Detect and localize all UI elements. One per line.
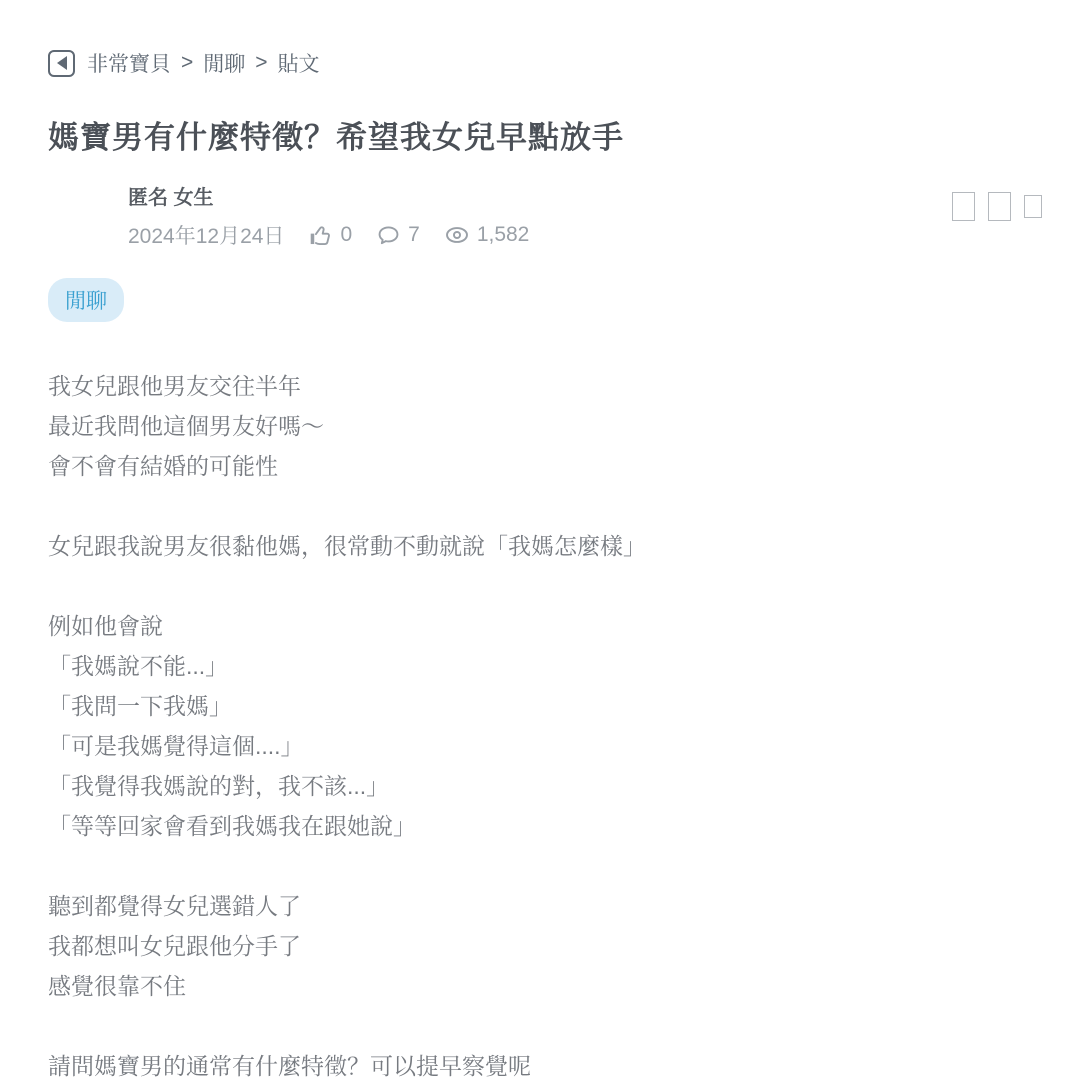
post-line: 女兒跟我說男友很黏他媽，很常動不動就說「我媽怎麼樣」 [48, 526, 1032, 566]
comment-icon [376, 223, 401, 248]
post-meta: 2024年12月24日 0 7 1,582 [128, 220, 1032, 250]
category-tag[interactable]: 閒聊 [48, 278, 124, 322]
post-paragraph: 我女兒跟他男友交往半年最近我問他這個男友好嗎～會不會有結婚的可能性 [48, 366, 1032, 486]
back-icon [57, 56, 67, 70]
back-button[interactable] [48, 50, 75, 77]
post-line: 聽到都覺得女兒選錯人了 [48, 886, 1032, 926]
post-line: 最近我問他這個男友好嗎～ [48, 406, 1032, 446]
post-line: 我都想叫女兒跟他分手了 [48, 926, 1032, 966]
likes-stat[interactable]: 0 [308, 223, 352, 248]
comments-count: 7 [408, 223, 420, 247]
eye-icon [444, 222, 470, 248]
post-line: 請問媽寶男的通常有什麼特徵？可以提早察覺呢 [48, 1046, 1032, 1080]
post-line: 會不會有結婚的可能性 [48, 446, 1032, 486]
action-placeholder-icon[interactable] [1024, 195, 1042, 218]
views-stat: 1,582 [444, 222, 530, 248]
action-placeholder-icon[interactable] [988, 192, 1011, 221]
post-line: 「我問一下我媽」 [48, 686, 1032, 726]
comments-stat[interactable]: 7 [376, 223, 420, 248]
post-paragraph: 請問媽寶男的通常有什麼特徵？可以提早察覺呢 [48, 1046, 1032, 1080]
breadcrumb: 非常寶貝 > 閒聊 > 貼文 [48, 48, 1032, 78]
tag-row: 閒聊 [48, 278, 1032, 322]
breadcrumb-trail: 非常寶貝 > 閒聊 > 貼文 [87, 48, 320, 78]
breadcrumb-item-post[interactable]: 貼文 [278, 48, 320, 78]
post-line: 「等等回家會看到我媽我在跟她說」 [48, 806, 1032, 846]
views-count: 1,582 [477, 223, 530, 247]
post-line: 「我覺得我媽說的對，我不該...」 [48, 766, 1032, 806]
post-page: 非常寶貝 > 閒聊 > 貼文 媽寶男有什麼特徵？希望我女兒早點放手 匿名 女生 … [0, 0, 1080, 1080]
thumbs-up-icon [308, 223, 333, 248]
breadcrumb-item-category[interactable]: 閒聊 [203, 48, 245, 78]
post-title: 媽寶男有什麼特徵？希望我女兒早點放手 [48, 112, 1032, 157]
post-paragraph: 聽到都覺得女兒選錯人了我都想叫女兒跟他分手了感覺很靠不住 [48, 886, 1032, 1006]
post-date: 2024年12月24日 [128, 220, 284, 250]
post-line: 例如他會說 [48, 606, 1032, 646]
breadcrumb-separator: > [255, 51, 267, 75]
likes-count: 0 [340, 223, 352, 247]
author-name: 匿名 女生 [128, 181, 1032, 210]
breadcrumb-separator: > [181, 51, 193, 75]
post-paragraph: 女兒跟我說男友很黏他媽，很常動不動就說「我媽怎麼樣」 [48, 526, 1032, 566]
post-line: 我女兒跟他男友交往半年 [48, 366, 1032, 406]
post-actions [952, 192, 1042, 221]
action-placeholder-icon[interactable] [952, 192, 975, 221]
post-line: 「可是我媽覺得這個....」 [48, 726, 1032, 766]
breadcrumb-item-board[interactable]: 非常寶貝 [87, 48, 171, 78]
post-paragraph: 例如他會說「我媽說不能...」「我問一下我媽」「可是我媽覺得這個....」「我覺… [48, 606, 1032, 846]
post-line: 「我媽說不能...」 [48, 646, 1032, 686]
post-line: 感覺很靠不住 [48, 966, 1032, 1006]
post-body: 我女兒跟他男友交往半年最近我問他這個男友好嗎～會不會有結婚的可能性女兒跟我說男友… [48, 366, 1032, 1080]
author-block: 匿名 女生 2024年12月24日 0 7 [128, 181, 1032, 250]
